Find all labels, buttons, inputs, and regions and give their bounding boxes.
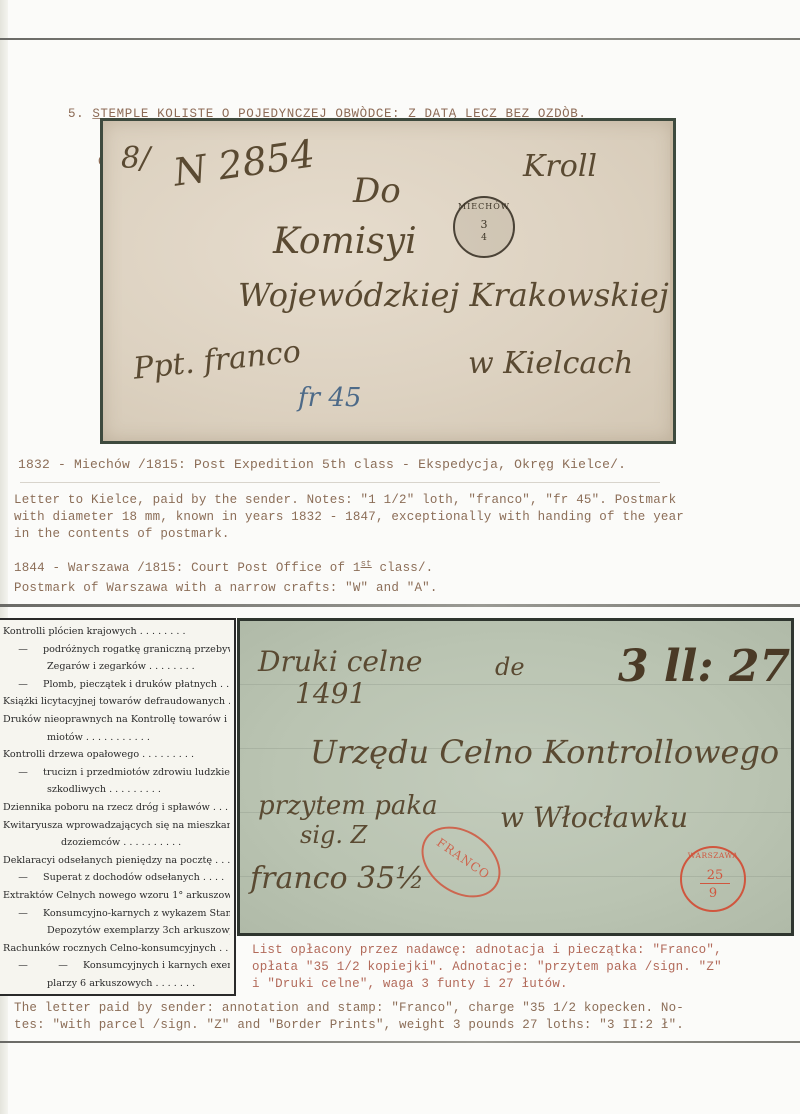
letter2-description-en-line-2: tes: "with parcel /sign. "Z" and "Border… bbox=[14, 1017, 684, 1034]
annotation-do: Do bbox=[353, 171, 401, 211]
letter2-description-pl-line-2: opłata "35 1/2 kopiejki". Adnotacje: "pr… bbox=[252, 959, 722, 976]
letter1-description-line-3: in the contents of postmark. bbox=[14, 526, 230, 543]
postmark-town: MIECHÓW bbox=[455, 202, 513, 211]
caption-end: class/. bbox=[372, 561, 434, 575]
register-row: —Plomb, pieczątek i druków płatnych . . bbox=[3, 676, 230, 694]
register-row: ——Konsumcyjnych i karnych exem- bbox=[3, 957, 230, 975]
printed-register-fragment: Kontrolli plócien krajowych . . . . . . … bbox=[0, 618, 236, 996]
annotation-kroll: Kroll bbox=[523, 149, 597, 184]
register-row: Rachunków rocznych Celno-konsumcyjnych .… bbox=[3, 940, 230, 958]
postmark-month: 4 bbox=[455, 233, 513, 243]
postmark-day: 3 bbox=[455, 218, 513, 231]
register-row: Kwitaryusza wprowadzających się na miesz… bbox=[3, 817, 230, 835]
register-row: plarzy 6 arkuszowych . . . . . . . bbox=[3, 975, 230, 993]
annotation-od: de bbox=[495, 653, 525, 681]
letter-miechow-image: 8/ N 2854 Do Kroll Komisyi Wojewódzkiej … bbox=[100, 118, 676, 444]
annotation-number: 1491 bbox=[295, 677, 366, 710]
register-row: Protokółów rewizyi i taxy towarów defrau… bbox=[3, 992, 230, 996]
register-row: dzoziemców . . . . . . . . . . bbox=[3, 834, 230, 852]
section-number: 5. bbox=[68, 107, 84, 121]
register-row: Zegarów i zegarków . . . . . . . . bbox=[3, 658, 230, 676]
annotation-weight: 3 ll: 27 bbox=[618, 641, 790, 692]
letter2-subcaption: Postmark of Warszawa with a narrow craft… bbox=[14, 580, 438, 597]
register-row: —trucizn i przedmiotów zdrowiu ludzkiemu bbox=[3, 764, 230, 782]
annotation-franco: Ppt. franco bbox=[132, 334, 303, 386]
letter2-caption: 1844 - Warszawa /1815: Court Post Office… bbox=[14, 556, 433, 577]
annotation-city: w Kielcach bbox=[468, 346, 633, 381]
register-row: Deklaracyi odsełanych pieniędzy na poczt… bbox=[3, 852, 230, 870]
letter2-description-en-line-1: The letter paid by sender: annotation an… bbox=[14, 1000, 684, 1017]
register-row: Dziennika poboru na rzecz dróg i spławów… bbox=[3, 799, 230, 817]
annotation-druki: Druki celne bbox=[258, 645, 423, 678]
annotation-parcel: przytem paka bbox=[258, 791, 438, 821]
annotation-sign: sig. Z bbox=[300, 821, 367, 849]
register-row: Depozytów exemplarzy 3ch arkuszowych. bbox=[3, 922, 230, 940]
postmark-town: WARSZAWA bbox=[682, 851, 744, 860]
letter1-description-line-1: Letter to Kielce, paid by the sender. No… bbox=[14, 492, 676, 509]
annotation-recipient-1: Komisyi bbox=[273, 221, 417, 262]
postmark-warszawa: WARSZAWA 25 9 bbox=[680, 846, 746, 912]
caption-main: 1844 - Warszawa /1815: Court Post Office… bbox=[14, 561, 361, 575]
register-row: miotów . . . . . . . . . . . bbox=[3, 729, 230, 747]
annotation-number: N 2854 bbox=[171, 131, 318, 194]
register-row: Druków nieoprawnych na Kontrollę towarów… bbox=[3, 711, 230, 729]
annotation-fr45: fr 45 bbox=[298, 383, 361, 413]
bottom-rule bbox=[0, 1041, 800, 1043]
letter-warszawa-image: Druki celne 1491 de 3 ll: 27 Urzędu Celn… bbox=[237, 618, 794, 936]
letter-fold-edge bbox=[670, 121, 676, 441]
top-rule bbox=[0, 38, 800, 40]
annotation-corner: 8/ bbox=[121, 141, 150, 176]
postmark-day: 25 bbox=[700, 868, 730, 884]
postmark-miechow: MIECHÓW 3 4 bbox=[453, 196, 515, 258]
register-row: —podróżnych rogatkę graniczną przebywają… bbox=[3, 641, 230, 659]
annotation-city: w Włocławku bbox=[500, 801, 688, 834]
caption-divider bbox=[20, 482, 660, 483]
letter2-description-pl-line-1: List opłacony przez nadawcę: adnotacja i… bbox=[252, 942, 722, 959]
annotation-franco: franco 35½ bbox=[250, 861, 424, 896]
annotation-recipient-2: Wojewódzkiej Krakowskiej bbox=[238, 276, 669, 314]
letter1-description-line-2: with diameter 18 mm, known in years 1832… bbox=[14, 509, 684, 526]
register-row: —Superat z dochodów odsełanych . . . . bbox=[3, 869, 230, 887]
register-row: szkodliwych . . . . . . . . . bbox=[3, 781, 230, 799]
middle-rule bbox=[0, 604, 800, 607]
register-row: —Konsumcyjno-karnych z wykazem Stanu bbox=[3, 905, 230, 923]
register-row: Kontrolli drzewa opałowego . . . . . . .… bbox=[3, 746, 230, 764]
letter2-description-pl-line-3: i "Druki celne", waga 3 funty i 27 łutów… bbox=[252, 976, 568, 993]
postmark-month: 9 bbox=[682, 886, 744, 901]
caption-superscript: st bbox=[361, 559, 372, 569]
annotation-office: Urzędu Celno Kontrollowego bbox=[310, 733, 779, 771]
register-row: Extraktów Celnych nowego wzoru 1° arkusz… bbox=[3, 887, 230, 905]
register-row: Kontrolli plócien krajowych . . . . . . … bbox=[3, 623, 230, 641]
register-row: Książki licytacyjnej towarów defraudowan… bbox=[3, 693, 230, 711]
letter1-caption: 1832 - Miechów /1815: Post Expedition 5t… bbox=[18, 456, 626, 473]
